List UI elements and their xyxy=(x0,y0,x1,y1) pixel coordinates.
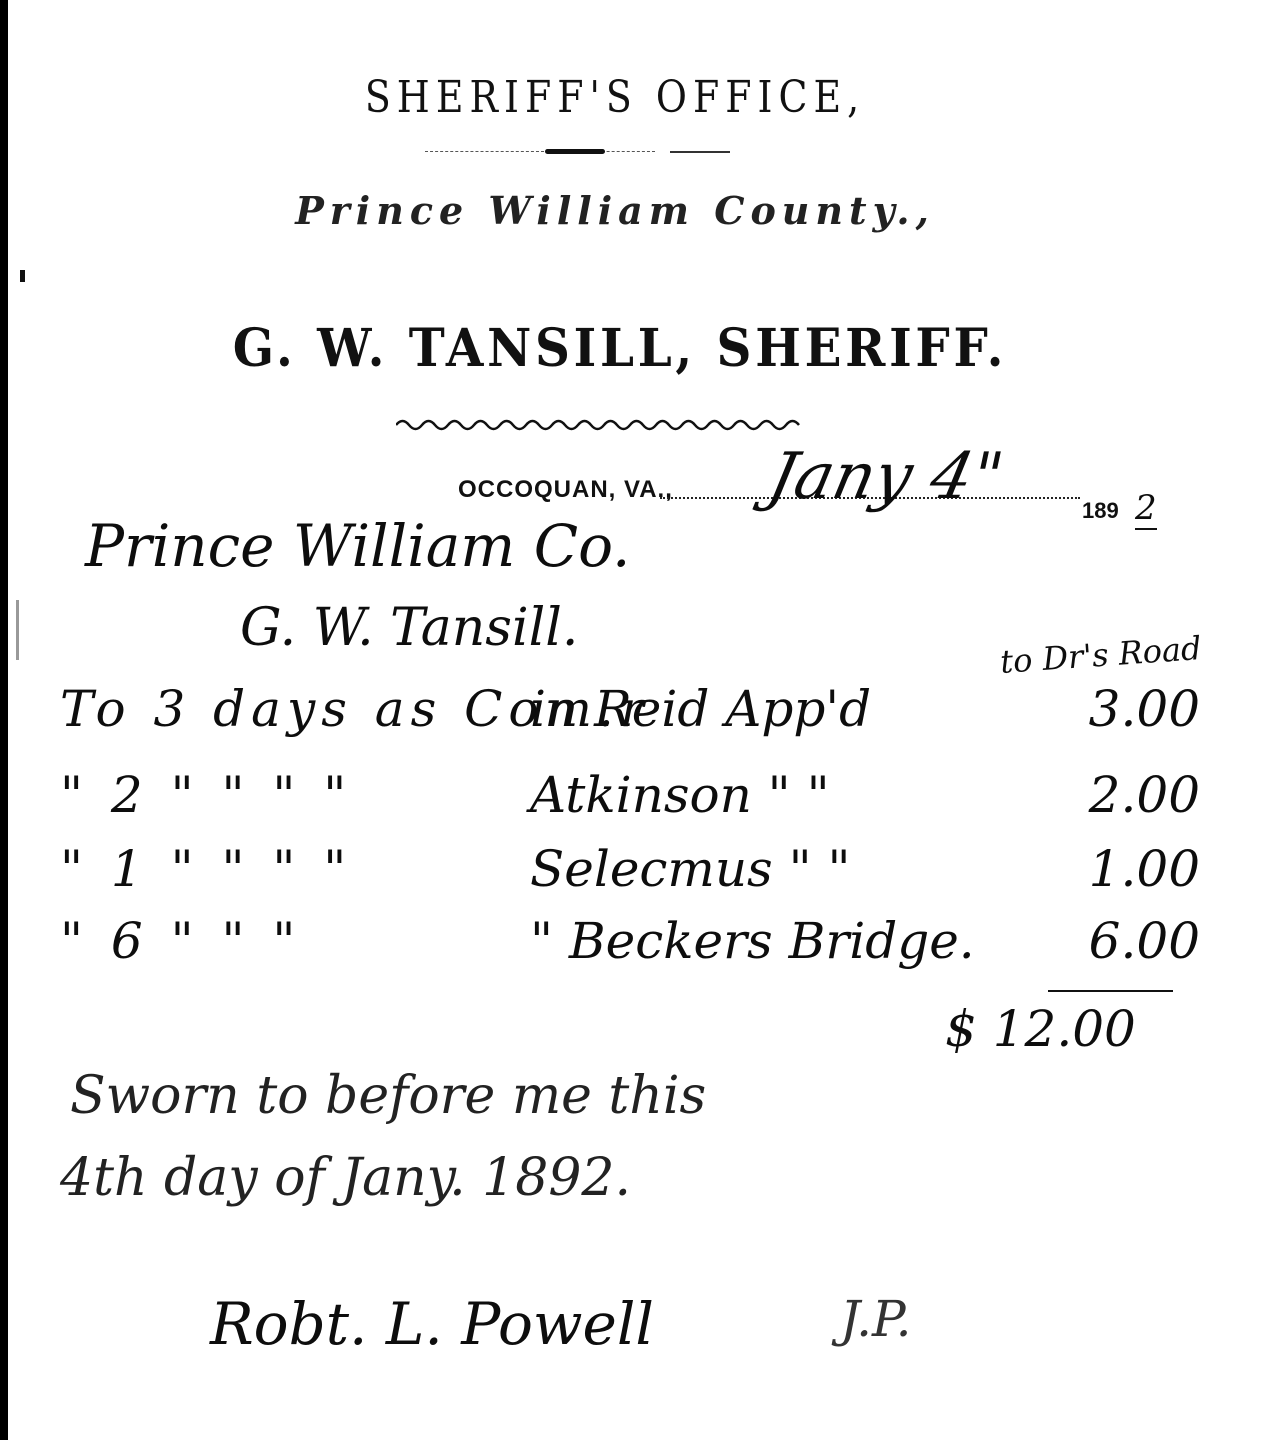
scan-speck xyxy=(20,270,25,282)
ornament-rule-short xyxy=(670,151,730,155)
jurat-line-1: Sworn to before me this xyxy=(70,1066,706,1126)
item-amount: 6.00 xyxy=(1060,912,1200,970)
item-prefix: " 6 " " " xyxy=(60,912,530,970)
item-prefix: To 3 days as Com.r xyxy=(60,680,530,738)
signature: Robt. L. Powell xyxy=(210,1290,654,1358)
total-amount: $ 12.00 xyxy=(945,1000,1136,1058)
total-rule xyxy=(1048,990,1173,992)
margin-annotation: to Dr's Road xyxy=(999,629,1203,681)
wavy-rule xyxy=(396,416,802,434)
county-heading: Prince William County., xyxy=(0,188,1230,233)
place-label: OCCOQUAN, VA., xyxy=(458,476,673,504)
printed-year-prefix: 189 xyxy=(1082,498,1119,524)
item-amount: 3.00 xyxy=(1060,680,1200,738)
office-heading: SHERIFF'S OFFICE, xyxy=(86,72,1144,123)
ornament-rule xyxy=(425,151,655,155)
item-description: Atkinson " " xyxy=(530,766,1060,824)
ledger-item: " 1 " " " " Selecmus " " 1.00 xyxy=(60,840,1200,898)
payer-name: Prince William Co. xyxy=(85,512,630,580)
ledger-item: To 3 days as Com.r in Reid App'd 3.00 xyxy=(60,680,1200,738)
sheriff-heading: G. W. TANSILL, SHERIFF. xyxy=(43,318,1196,379)
scan-speck xyxy=(16,600,19,660)
item-description: " Beckers Bridge. xyxy=(530,912,1060,970)
handwritten-date: Jany 4" xyxy=(762,440,1009,514)
ledger-item: " 2 " " " " Atkinson " " 2.00 xyxy=(60,766,1200,824)
item-prefix: " 2 " " " " xyxy=(60,766,530,824)
ledger-item: " 6 " " " " Beckers Bridge. 6.00 xyxy=(60,912,1200,970)
item-description: Selecmus " " xyxy=(530,840,1060,898)
handwritten-year-digit: 2 xyxy=(1135,488,1157,530)
payee-name: G. W. Tansill. xyxy=(240,598,578,658)
item-amount: 2.00 xyxy=(1060,766,1200,824)
item-description: in Reid App'd xyxy=(530,680,1060,738)
signature-title: J.P. xyxy=(840,1290,911,1348)
item-prefix: " 1 " " " " xyxy=(60,840,530,898)
jurat-line-2: 4th day of Jany. 1892. xyxy=(60,1148,631,1208)
item-amount: 1.00 xyxy=(1060,840,1200,898)
